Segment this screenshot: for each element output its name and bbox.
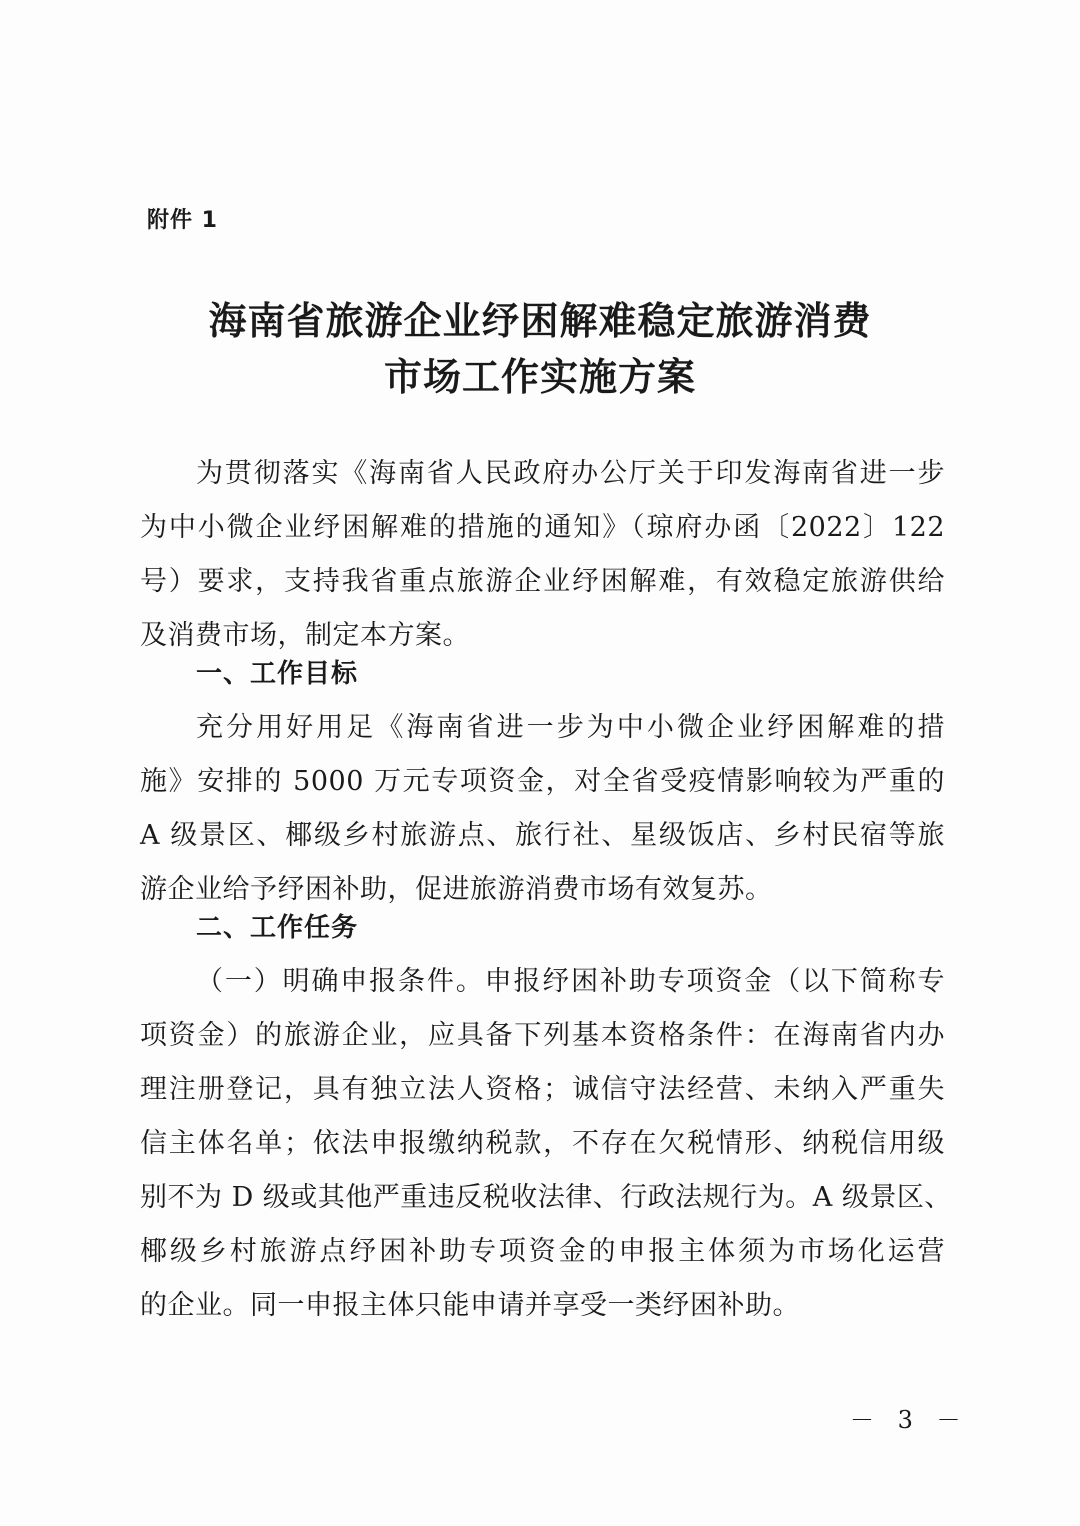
section-2-line: （一）明确申报条件。申报纾困补助专项资金（以下简称专 <box>196 964 945 1000</box>
section-2-line: 项资金）的旅游企业，应具备下列基本资格条件：在海南省内办 <box>140 1018 945 1054</box>
intro-line: 及消费市场，制定本方案。 <box>140 618 945 654</box>
section-1-line: 充分用好用足《海南省进一步为中小微企业纾困解难的措 <box>196 710 945 746</box>
page-number: － 3 － <box>850 1400 969 1435</box>
document-title-line-1: 海南省旅游企业纾困解难稳定旅游消费 <box>0 290 1080 345</box>
section-1-heading: 一、工作目标 <box>196 656 358 692</box>
intro-line: 为中小微企业纾困解难的措施的通知》（琼府办函〔2022〕122 <box>140 510 945 546</box>
intro-line: 号）要求，支持我省重点旅游企业纾困解难，有效稳定旅游供给 <box>140 564 945 600</box>
document-page: 附件 1 海南省旅游企业纾困解难稳定旅游消费 市场工作实施方案 为贯彻落实《海南… <box>0 0 1080 1526</box>
section-2-line: 理注册登记，具有独立法人资格；诚信守法经营、未纳入严重失 <box>140 1072 945 1108</box>
intro-line: 为贯彻落实《海南省人民政府办公厅关于印发海南省进一步 <box>196 456 945 492</box>
section-2-line: 别不为 D 级或其他严重违反税收法律、行政法规行为。A 级景区、 <box>140 1180 945 1216</box>
section-2-heading: 二、工作任务 <box>196 910 358 946</box>
section-2-line: 椰级乡村旅游点纾困补助专项资金的申报主体须为市场化运营 <box>140 1234 945 1270</box>
section-1-line: A 级景区、椰级乡村旅游点、旅行社、星级饭店、乡村民宿等旅 <box>140 818 945 854</box>
attachment-label: 附件 1 <box>147 203 218 234</box>
section-1-line: 施》安排的 5000 万元专项资金，对全省受疫情影响较为严重的 <box>140 764 945 800</box>
section-1-line: 游企业给予纾困补助，促进旅游消费市场有效复苏。 <box>140 872 945 908</box>
section-2-line: 的企业。同一申报主体只能申请并享受一类纾困补助。 <box>140 1288 945 1324</box>
section-2-line: 信主体名单；依法申报缴纳税款，不存在欠税情形、纳税信用级 <box>140 1126 945 1162</box>
document-title-line-2: 市场工作实施方案 <box>0 346 1080 401</box>
